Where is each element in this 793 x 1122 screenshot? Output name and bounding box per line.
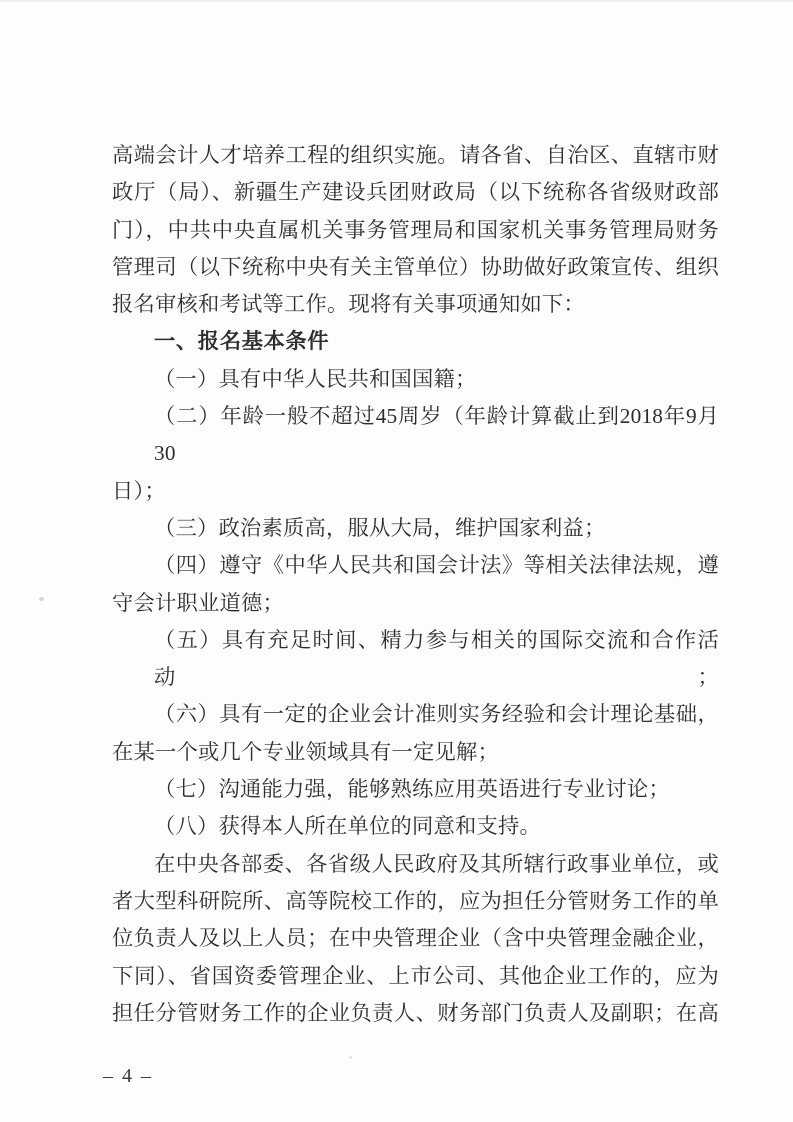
- section-heading: 一、报名基本条件: [112, 323, 719, 360]
- text-line: （三）政治素质高，服从大局，维护国家利益；: [112, 510, 719, 547]
- text-line: （一）具有中华人民共和国国籍；: [112, 361, 719, 398]
- text-line: 担任分管财务工作的企业负责人、财务部门负责人及副职；在高: [112, 995, 719, 1032]
- text-line: 政厅（局）、新疆生产建设兵团财政局（以下统称各省级财政部: [112, 174, 719, 211]
- text-line: （六）具有一定的企业会计准则实务经验和会计理论基础，: [112, 696, 719, 733]
- text-line: （七）沟通能力强，能够熟练应用英语进行专业讨论；: [112, 771, 719, 808]
- scan-speck: [39, 597, 44, 601]
- text-line: 下同）、省国资委管理企业、上市公司、其他企业工作的，应为: [112, 958, 719, 995]
- text-line: 门），中共中央直属机关事务管理局和国家机关事务管理局财务: [112, 212, 719, 249]
- text-line: （五）具有充足时间、精力参与相关的国际交流和合作活动；: [112, 622, 719, 697]
- text-line: （四）遵守《中华人民共和国会计法》等相关法律法规，遵: [112, 547, 719, 584]
- text-line: 在中央各部委、各省级人民政府及其所辖行政事业单位，或: [112, 846, 719, 883]
- text-line: 者大型科研院所、高等院校工作的，应为担任分管财务工作的单: [112, 883, 719, 920]
- page-number: – 4 –: [88, 1062, 168, 1090]
- text-line: 高端会计人才培养工程的组织实施。请各省、自治区、直辖市财: [112, 137, 719, 174]
- scan-speck: [349, 1056, 352, 1059]
- text-line: 日）；: [112, 473, 719, 510]
- text-line: 在某一个或几个专业领域具有一定见解；: [112, 734, 719, 771]
- document-body: 高端会计人才培养工程的组织实施。请各省、自治区、直辖市财政厅（局）、新疆生产建设…: [112, 137, 719, 1032]
- text-line: （二）年龄一般不超过45周岁（年龄计算截止到2018年9月30: [112, 398, 719, 473]
- text-line: 管理司（以下统称中央有关主管单位）协助做好政策宣传、组织: [112, 249, 719, 286]
- text-line: 位负责人及以上人员；在中央管理企业（含中央管理金融企业，: [112, 920, 719, 957]
- text-line: 守会计职业道德；: [112, 585, 719, 622]
- text-line: （八）获得本人所在单位的同意和支持。: [112, 808, 719, 845]
- text-line: 报名审核和考试等工作。现将有关事项通知如下：: [112, 286, 719, 323]
- document-page: 高端会计人才培养工程的组织实施。请各省、自治区、直辖市财政厅（局）、新疆生产建设…: [0, 0, 793, 1122]
- scan-artifact-line: [0, 0, 793, 2]
